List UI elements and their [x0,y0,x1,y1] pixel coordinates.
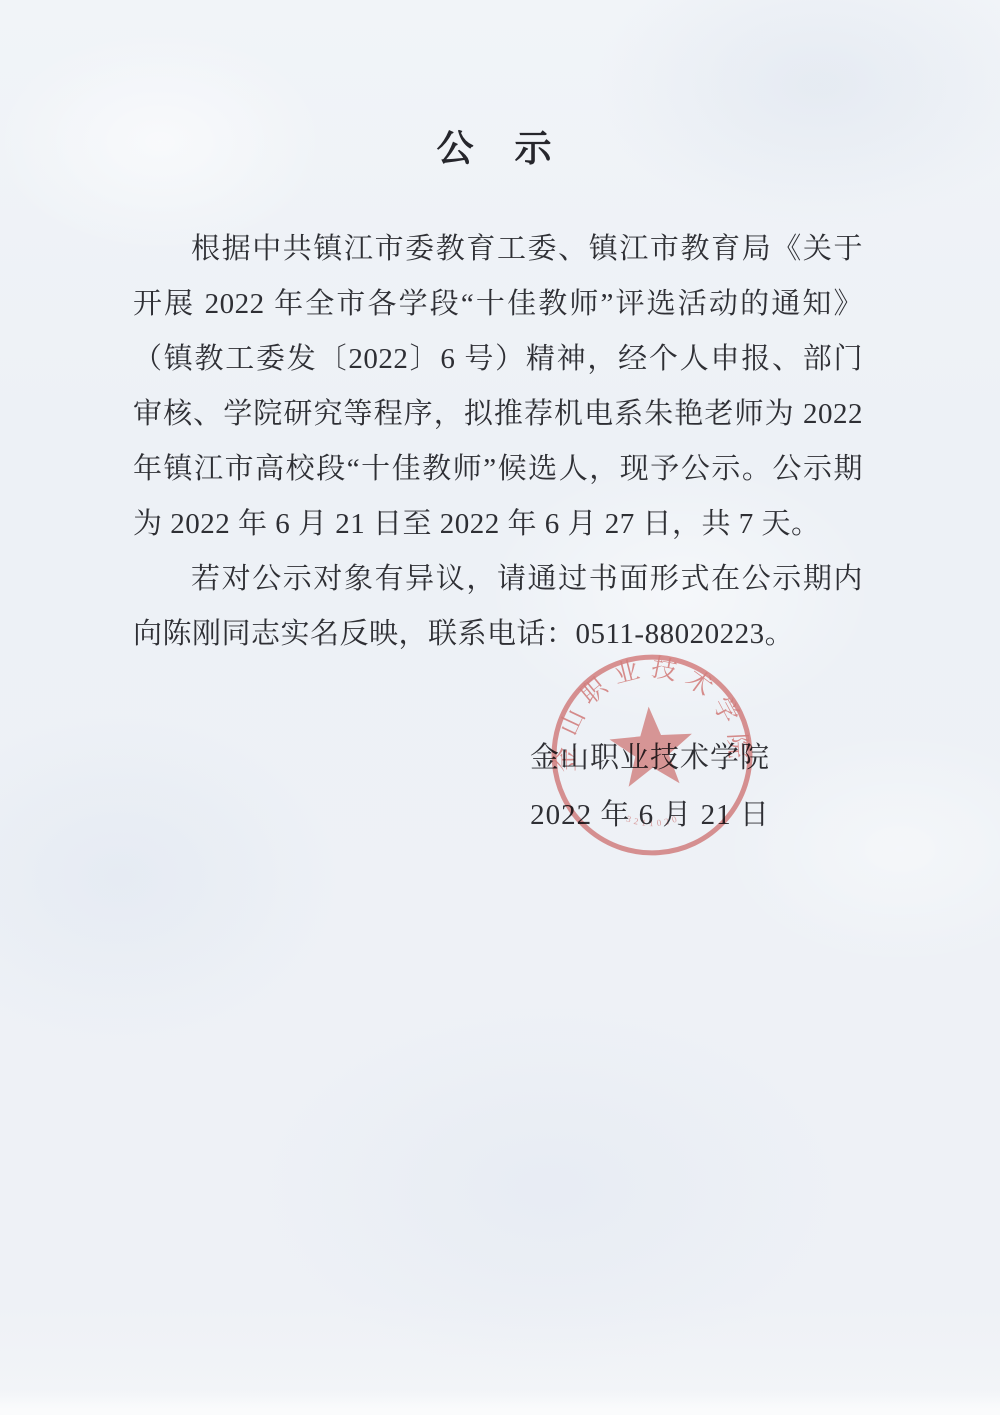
document-body: 根据中共镇江市委教育工委、镇江市教育局《关于开展 2022 年全市各学段“十佳教… [133,222,863,662]
signature-block: 金山职业技术学院 2022 年 6 月 21 日 [470,735,830,833]
paragraph: 若对公示对象有异议，请通过书面形式在公示期内向陈刚同志实名反映，联系电话：051… [133,552,863,662]
signature-org: 金山职业技术学院 [470,735,830,776]
page-title: 公 示 [0,118,990,172]
signature-date: 2022 年 6 月 21 日 [470,792,830,833]
paragraph: 根据中共镇江市委教育工委、镇江市教育局《关于开展 2022 年全市各学段“十佳教… [133,222,863,552]
document-page: 公 示 根据中共镇江市委教育工委、镇江市教育局《关于开展 2022 年全市各学段… [0,0,1000,1415]
